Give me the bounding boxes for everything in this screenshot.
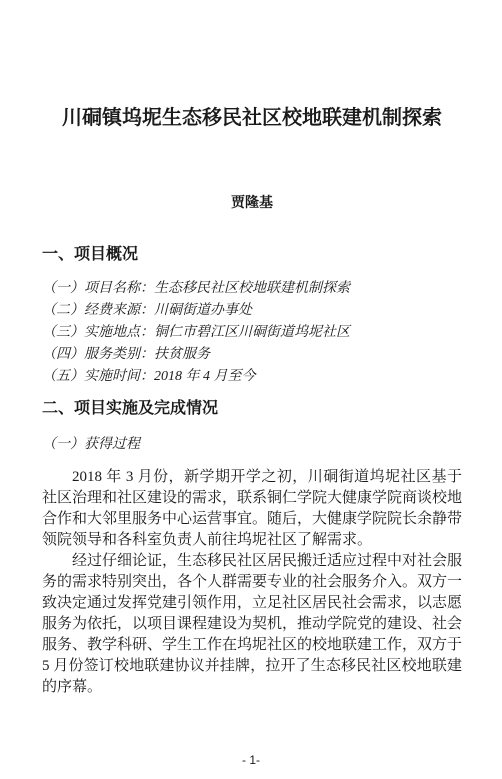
document-title: 川硐镇坞坭生态移民社区校地联建机制探索	[42, 0, 462, 132]
subsection-acquisition-process-heading: （一）获得过程	[42, 435, 462, 455]
page-number: - 1-	[0, 753, 502, 767]
project-info-list: （一）项目名称：生态移民社区校地联建机制探索 （二）经费来源：川硐街道办事处 （…	[42, 278, 462, 388]
body-paragraph: 2018 年 3 月份，新学期开学之初，川硐街道坞坭社区基于社区治理和社区建设的…	[42, 467, 462, 551]
section-overview-heading: 一、项目概况	[42, 244, 462, 266]
body-paragraph: 经过仔细论证，生态移民社区居民搬迁适应过程中对社会服务的需求特别突出，各个人群需…	[42, 551, 462, 698]
info-item-location: （三）实施地点：铜仁市碧江区川硐街道坞坭社区	[42, 322, 462, 344]
info-item-implementation-time: （五）实施时间：2018 年 4 月至今	[42, 366, 462, 388]
document-page: 川硐镇坞坭生态移民社区校地联建机制探索 贾隆基 一、项目概况 （一）项目名称：生…	[0, 0, 502, 779]
author-name: 贾隆基	[42, 192, 462, 212]
info-item-project-name: （一）项目名称：生态移民社区校地联建机制探索	[42, 278, 462, 300]
info-item-service-category: （四）服务类别：扶贫服务	[42, 344, 462, 366]
section-implementation-heading: 二、项目实施及完成情况	[42, 398, 462, 420]
info-item-funding-source: （二）经费来源：川硐街道办事处	[42, 300, 462, 322]
